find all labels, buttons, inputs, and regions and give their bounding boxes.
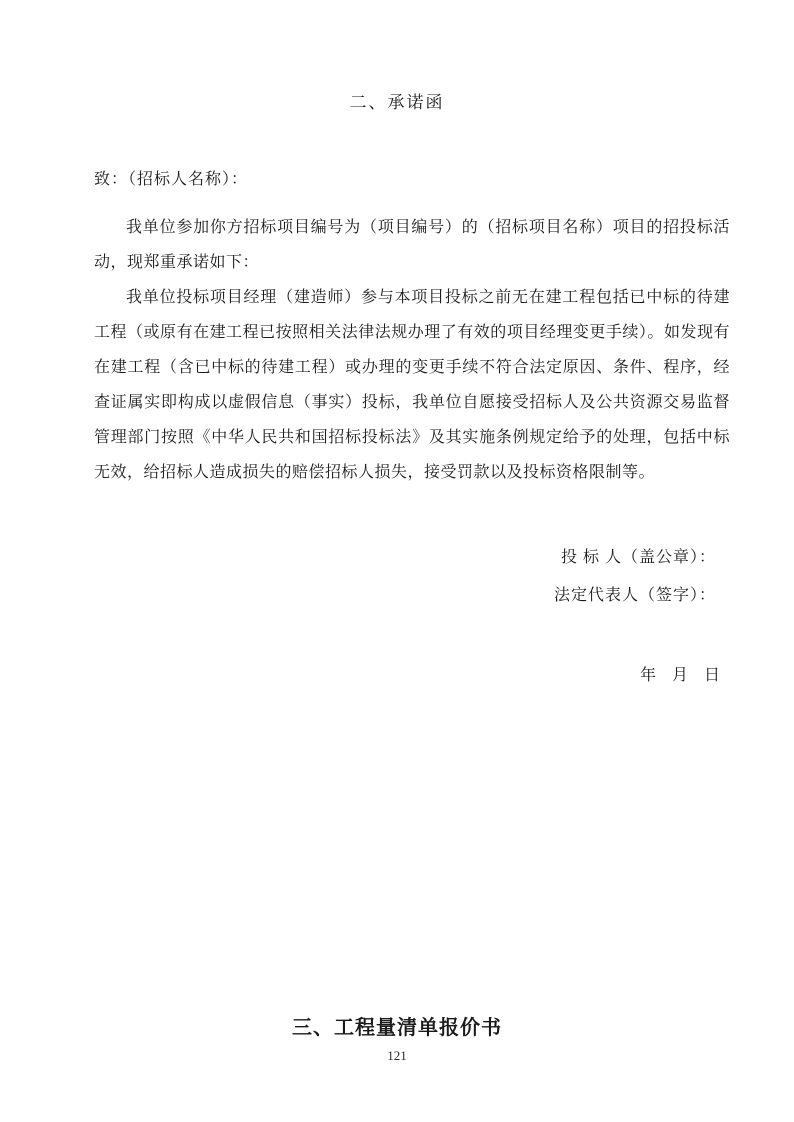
salutation-line: 致：（招标人名称）：	[94, 170, 248, 190]
section-title: 二、承诺函	[0, 92, 794, 114]
commitment-intro-paragraph: 我单位参加你方招标项目编号为（项目编号）的（招标项目名称）项目的招投标活动，现郑…	[94, 210, 730, 280]
page-number: 121	[0, 1048, 794, 1064]
document-page: 二、承诺函 致：（招标人名称）： 我单位参加你方招标项目编号为（项目编号）的（招…	[0, 0, 794, 1122]
next-section-title: 三、工程量清单报价书	[0, 1014, 794, 1042]
commitment-body-paragraph: 我单位投标项目经理（建造师）参与本项目投标之前无在建工程包括已中标的待建工程（或…	[94, 280, 730, 490]
legal-representative-signature-label: 法定代表人（签字）：	[554, 584, 716, 608]
bidder-seal-label: 投 标 人（盖公章）：	[561, 546, 716, 570]
date-line: 年 月 日	[640, 664, 720, 688]
